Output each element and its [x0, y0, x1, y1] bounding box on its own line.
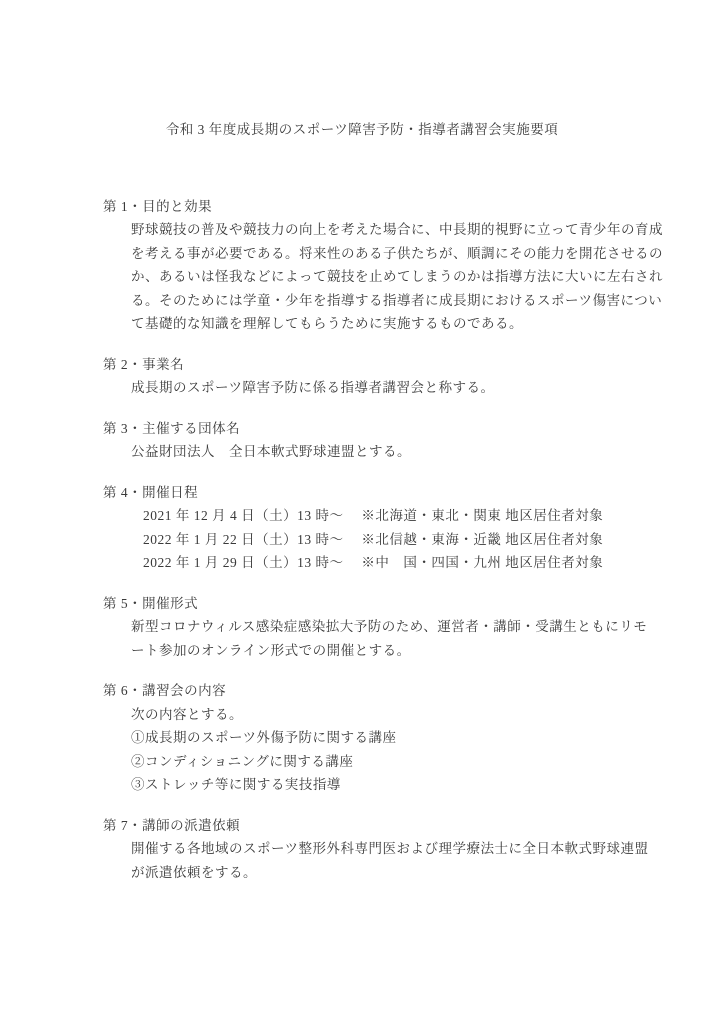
text-line: 公益財団法人 全日本軟式野球連盟とする。	[0, 440, 724, 464]
text-line: ③ストレッチ等に関する実技指導	[0, 773, 724, 797]
section-project-name: 第 2・事業名 成長期のスポーツ障害予防に係る指導者講習会と称する。	[0, 353, 724, 400]
text-line: 開催する各地域のスポーツ整形外科専門医および理学療法士に全日本軟式野球連盟	[0, 837, 724, 861]
text-line: て基礎的な知識を理解してもらうために実施するものである。	[0, 312, 724, 336]
section-format: 第 5・開催形式 新型コロナウィルス感染症感染拡大予防のため、運営者・講師・受講…	[0, 592, 724, 663]
section-lecturer-dispatch-body: 開催する各地域のスポーツ整形外科専門医および理学療法士に全日本軟式野球連盟が派遣…	[0, 837, 724, 884]
text-line: か、あるいは怪我などによって競技を止めてしまうのかは指導方法に大いに左右され	[0, 265, 724, 289]
section-contents: 第 6・講習会の内容 次の内容とする。①成長期のスポーツ外傷予防に関する講座②コ…	[0, 679, 724, 797]
text-line: ①成長期のスポーツ外傷予防に関する講座	[0, 726, 724, 750]
section-purpose-heading: 第 1・目的と効果	[0, 195, 724, 219]
text-line: が派遣依頼をする。	[0, 861, 724, 885]
text-line: 2022 年 1 月 29 日（土）13 時～ ※中 国・四国・九州 地区居住者…	[0, 551, 724, 575]
text-line: 新型コロナウィルス感染症感染拡大予防のため、運営者・講師・受講生ともにリモ	[0, 615, 724, 639]
text-line: ②コンディショニングに関する講座	[0, 750, 724, 774]
section-schedule-heading: 第 4・開催日程	[0, 481, 724, 505]
text-line: ート参加のオンライン形式での開催とする。	[0, 639, 724, 663]
text-line: を考える事が必要である。将来性のある子供たちが、順調にその能力を開花させるの	[0, 242, 724, 266]
section-organizer: 第 3・主催する団体名 公益財団法人 全日本軟式野球連盟とする。	[0, 417, 724, 464]
section-contents-body: 次の内容とする。①成長期のスポーツ外傷予防に関する講座②コンディショニングに関す…	[0, 703, 724, 797]
section-organizer-heading: 第 3・主催する団体名	[0, 417, 724, 441]
document-page: 令和 3 年度成長期のスポーツ障害予防・指導者講習会実施要項 第 1・目的と効果…	[0, 0, 724, 1024]
text-line: 成長期のスポーツ障害予防に係る指導者講習会と称する。	[0, 376, 724, 400]
text-line: る。そのためには学童・少年を指導する指導者に成長期におけるスポーツ傷害につい	[0, 289, 724, 313]
section-lecturer-dispatch: 第 7・講師の派遣依頼 開催する各地域のスポーツ整形外科専門医および理学療法士に…	[0, 814, 724, 885]
section-format-body: 新型コロナウィルス感染症感染拡大予防のため、運営者・講師・受講生ともにリモート参…	[0, 615, 724, 662]
section-format-heading: 第 5・開催形式	[0, 592, 724, 616]
text-line: 野球競技の普及や競技力の向上を考えた場合に、中長期的視野に立って青少年の育成	[0, 218, 724, 242]
section-purpose-body: 野球競技の普及や競技力の向上を考えた場合に、中長期的視野に立って青少年の育成を考…	[0, 218, 724, 336]
text-line: 2021 年 12 月 4 日（土）13 時～ ※北海道・東北・関東 地区居住者…	[0, 504, 724, 528]
section-project-name-body: 成長期のスポーツ障害予防に係る指導者講習会と称する。	[0, 376, 724, 400]
text-line: 次の内容とする。	[0, 703, 724, 727]
text-line: 2022 年 1 月 22 日（土）13 時～ ※北信越・東海・近畿 地区居住者…	[0, 528, 724, 552]
section-project-name-heading: 第 2・事業名	[0, 353, 724, 377]
section-schedule-body: 2021 年 12 月 4 日（土）13 時～ ※北海道・東北・関東 地区居住者…	[0, 504, 724, 575]
section-contents-heading: 第 6・講習会の内容	[0, 679, 724, 703]
section-lecturer-dispatch-heading: 第 7・講師の派遣依頼	[0, 814, 724, 838]
document-title: 令和 3 年度成長期のスポーツ障害予防・指導者講習会実施要項	[0, 0, 724, 142]
section-schedule: 第 4・開催日程 2021 年 12 月 4 日（土）13 時～ ※北海道・東北…	[0, 481, 724, 575]
section-organizer-body: 公益財団法人 全日本軟式野球連盟とする。	[0, 440, 724, 464]
section-purpose: 第 1・目的と効果 野球競技の普及や競技力の向上を考えた場合に、中長期的視野に立…	[0, 195, 724, 336]
